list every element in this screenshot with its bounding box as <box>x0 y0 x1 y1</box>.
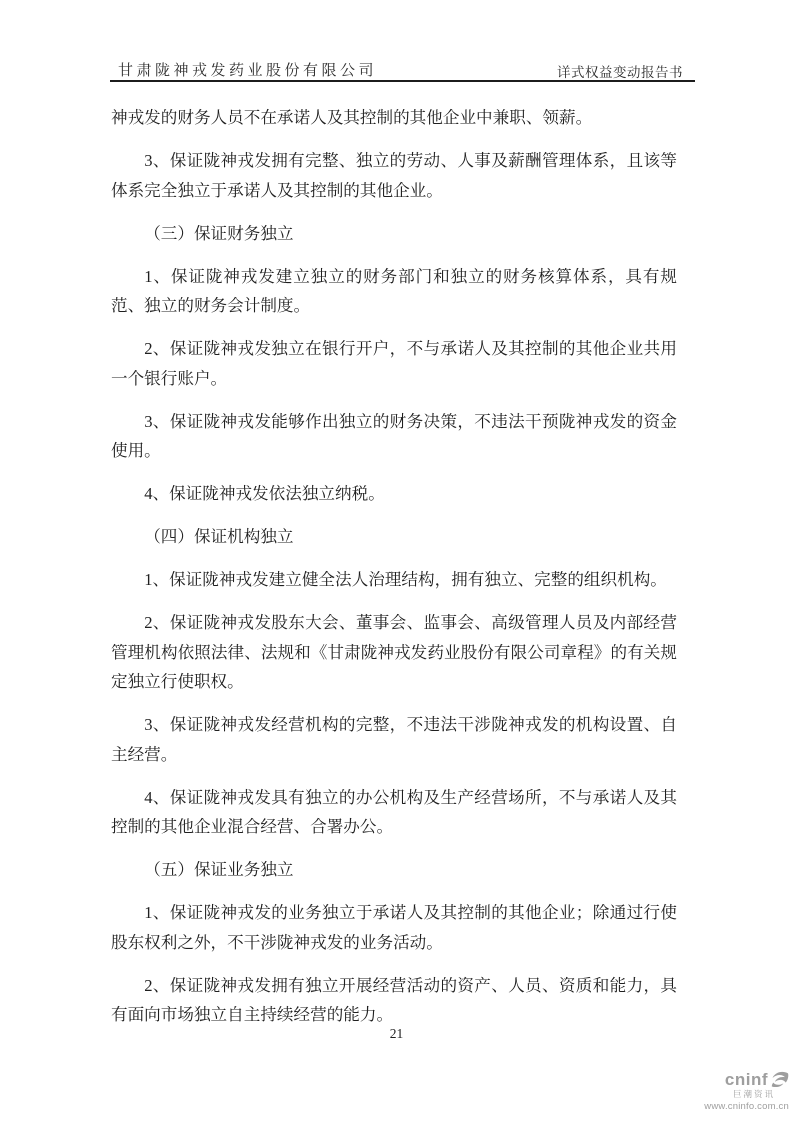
paragraph: 1、保证陇神戎发建立健全法人治理结构，拥有独立、完整的组织机构。 <box>111 565 677 595</box>
swirl-icon <box>770 1071 789 1088</box>
header-report-title: 详式权益变动报告书 <box>557 61 683 81</box>
paragraph: （三）保证财务独立 <box>111 219 677 249</box>
header-company-name: 甘肃陇神戎发药业股份有限公司 <box>118 59 377 80</box>
paragraph: 1、保证陇神戎发建立独立的财务部门和独立的财务核算体系，具有规范、独立的财务会计… <box>111 262 677 321</box>
paragraph: 4、保证陇神戎发依法独立纳税。 <box>111 479 677 509</box>
cninfo-url: www.cninfo.com.cn <box>704 1102 789 1112</box>
cninfo-logo: cninf 巨潮资讯 www.cninfo.com.cn <box>704 1071 789 1111</box>
paragraph: 3、保证陇神戎发能够作出独立的财务决策，不违法干预陇神戎发的资金使用。 <box>111 407 677 466</box>
paragraph: 4、保证陇神戎发具有独立的办公机构及生产经营场所，不与承诺人及其控制的其他企业混… <box>111 783 677 842</box>
paragraph: 2、保证陇神戎发独立在银行开户，不与承诺人及其控制的其他企业共用一个银行账户。 <box>111 334 677 393</box>
paragraph: 3、保证陇神戎发经营机构的完整，不违法干涉陇神戎发的机构设置、自主经营。 <box>111 710 677 769</box>
cninfo-logo-row: cninf <box>704 1071 789 1088</box>
cninfo-brand-text: cninf <box>725 1071 768 1088</box>
page-number: 21 <box>0 1026 793 1042</box>
paragraph: 1、保证陇神戎发的业务独立于承诺人及其控制的其他企业；除通过行使股东权利之外，不… <box>111 898 677 957</box>
paragraph: 2、保证陇神戎发股东大会、董事会、监事会、高级管理人员及内部经营管理机构依照法律… <box>111 608 677 697</box>
document-body: 神戎发的财务人员不在承诺人及其控制的其他企业中兼职、领薪。3、保证陇神戎发拥有完… <box>111 103 677 1043</box>
paragraph: （五）保证业务独立 <box>111 855 677 885</box>
paragraph: 神戎发的财务人员不在承诺人及其控制的其他企业中兼职、领薪。 <box>111 103 677 133</box>
paragraph: 3、保证陇神戎发拥有完整、独立的劳动、人事及薪酬管理体系，且该等体系完全独立于承… <box>111 146 677 205</box>
paragraph: （四）保证机构独立 <box>111 522 677 552</box>
cninfo-chinese-name: 巨潮资讯 <box>704 1090 775 1099</box>
document-page: 甘肃陇神戎发药业股份有限公司 详式权益变动报告书 神戎发的财务人员不在承诺人及其… <box>0 0 793 1122</box>
paragraph: 2、保证陇神戎发拥有独立开展经营活动的资产、人员、资质和能力，具有面向市场独立自… <box>111 971 677 1030</box>
header-rule <box>110 80 695 82</box>
